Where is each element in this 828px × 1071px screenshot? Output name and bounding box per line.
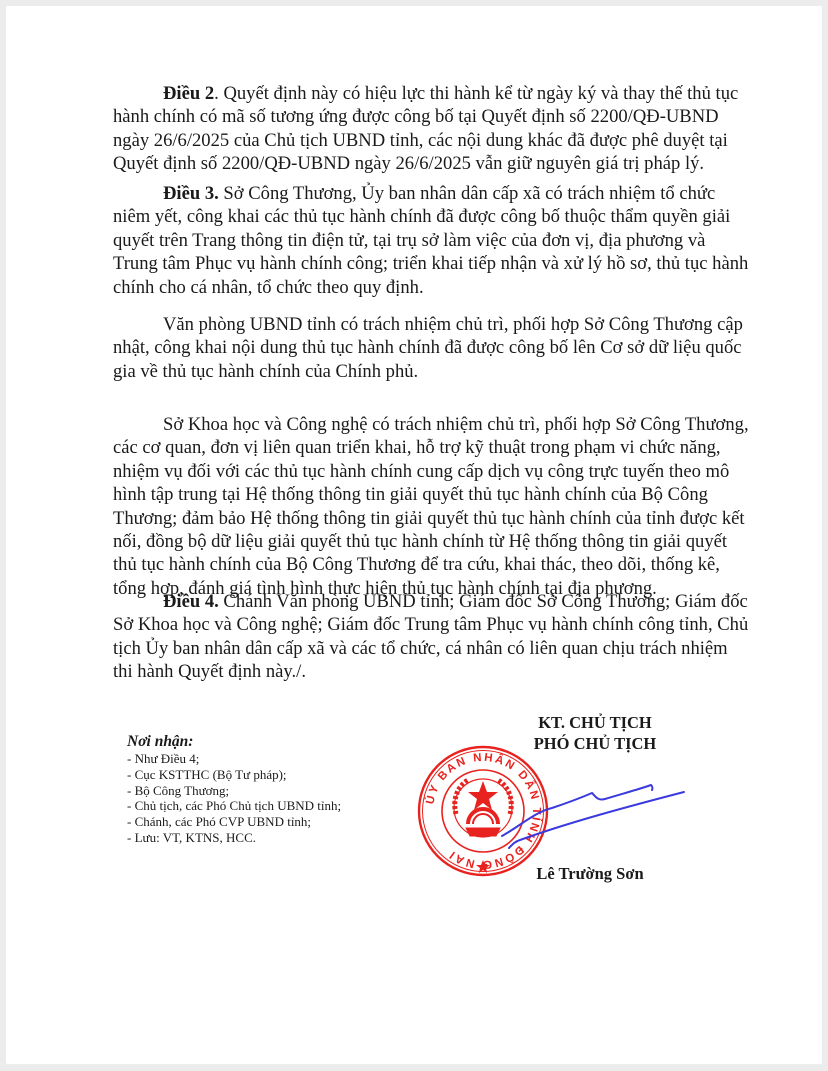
- text-line: Sở Khoa học và Công nghệ có trách nhiệm …: [113, 413, 704, 436]
- article-heading: Điều 3.: [163, 183, 219, 204]
- text-line: Thương; đảm bảo Hệ thống thông tin giải …: [113, 507, 704, 530]
- text-line: Điều 2. Quyết định này có hiệu lực thi h…: [113, 82, 704, 105]
- text-line: Quyết định số 2200/QĐ-UBND ngày 26/6/202…: [113, 152, 704, 175]
- text-line: tịch Ủy ban nhân dân cấp xã và các tổ ch…: [113, 637, 704, 660]
- signer-name: Lê Trường Sơn: [520, 864, 660, 884]
- text-line: gia về thủ tục hành chính của Chính phủ.: [113, 360, 704, 383]
- text-line: Văn phòng UBND tỉnh có trách nhiệm chủ t…: [113, 313, 704, 336]
- article-4: Điều 4. Chánh Văn phòng UBND tỉnh; Giám …: [113, 590, 704, 684]
- text-line: thủ tục hành chính của Bộ Công Thương để…: [113, 553, 704, 576]
- recipients-block: Nơi nhận: - Như Điều 4;- Cục KSTTHC (Bộ …: [127, 733, 341, 846]
- text-line: hình tập trung tại Hệ thống thông tin gi…: [113, 483, 704, 506]
- recipients-list: - Như Điều 4;- Cục KSTTHC (Bộ Tư pháp);-…: [127, 751, 341, 846]
- text-line: các cơ quan, đơn vị liên quan triển khai…: [113, 436, 704, 459]
- text-line: quyết trên Trang thông tin điện tử, tại …: [113, 229, 704, 252]
- text-line: Trung tâm Phục vụ hành chính công; triển…: [113, 252, 704, 275]
- article-heading: Điều 4.: [163, 591, 219, 612]
- official-seal-icon: ỦY BAN NHÂN DÂN TỈNH ĐỒNG NAI: [416, 744, 550, 878]
- text-line: Điều 3. Sở Công Thương, Ủy ban nhân dân …: [113, 182, 704, 205]
- recipient-item: - Chủ tịch, các Phó Chủ tịch UBND tỉnh;: [127, 798, 341, 814]
- text-line: Sở Khoa học và Công nghệ; Giám đốc Trung…: [113, 613, 704, 636]
- on-behalf-label: KT. CHỦ TỊCH: [510, 712, 680, 733]
- recipient-item: - Chánh, các Phó CVP UBND tỉnh;: [127, 814, 341, 830]
- text-line: nhật, công khai nội dung thủ tục hành ch…: [113, 336, 704, 359]
- text-line: hành chính có mã số tương ứng được công …: [113, 105, 704, 128]
- text-line: Điều 4. Chánh Văn phòng UBND tỉnh; Giám …: [113, 590, 704, 613]
- article-3: Điều 3. Sở Công Thương, Ủy ban nhân dân …: [113, 182, 704, 299]
- recipient-item: - Lưu: VT, KTNS, HCC.: [127, 830, 341, 846]
- text-line: nhiệm vụ đối với các thủ tục hành chính …: [113, 460, 704, 483]
- paragraph-science: Sở Khoa học và Công nghệ có trách nhiệm …: [113, 413, 704, 600]
- recipient-item: - Cục KSTTHC (Bộ Tư pháp);: [127, 767, 341, 783]
- text-line: thi hành Quyết định này./.: [113, 660, 704, 683]
- text-line: ngày 26/6/2025 của Chủ tịch UBND tỉnh, c…: [113, 129, 704, 152]
- paragraph-office: Văn phòng UBND tỉnh có trách nhiệm chủ t…: [113, 313, 704, 383]
- article-2: Điều 2. Quyết định này có hiệu lực thi h…: [113, 82, 704, 176]
- text-line: niêm yết, công khai các thủ tục hành chí…: [113, 205, 704, 228]
- text-line: chính cho cá nhân, tổ chức theo quy định…: [113, 276, 704, 299]
- text-line: nối, đồng bộ dữ liệu giải quyết thủ tục …: [113, 530, 704, 553]
- recipient-item: - Như Điều 4;: [127, 751, 341, 767]
- article-heading: Điều 2: [163, 83, 214, 104]
- recipient-item: - Bộ Công Thương;: [127, 783, 341, 799]
- recipients-title: Nơi nhận:: [127, 733, 341, 751]
